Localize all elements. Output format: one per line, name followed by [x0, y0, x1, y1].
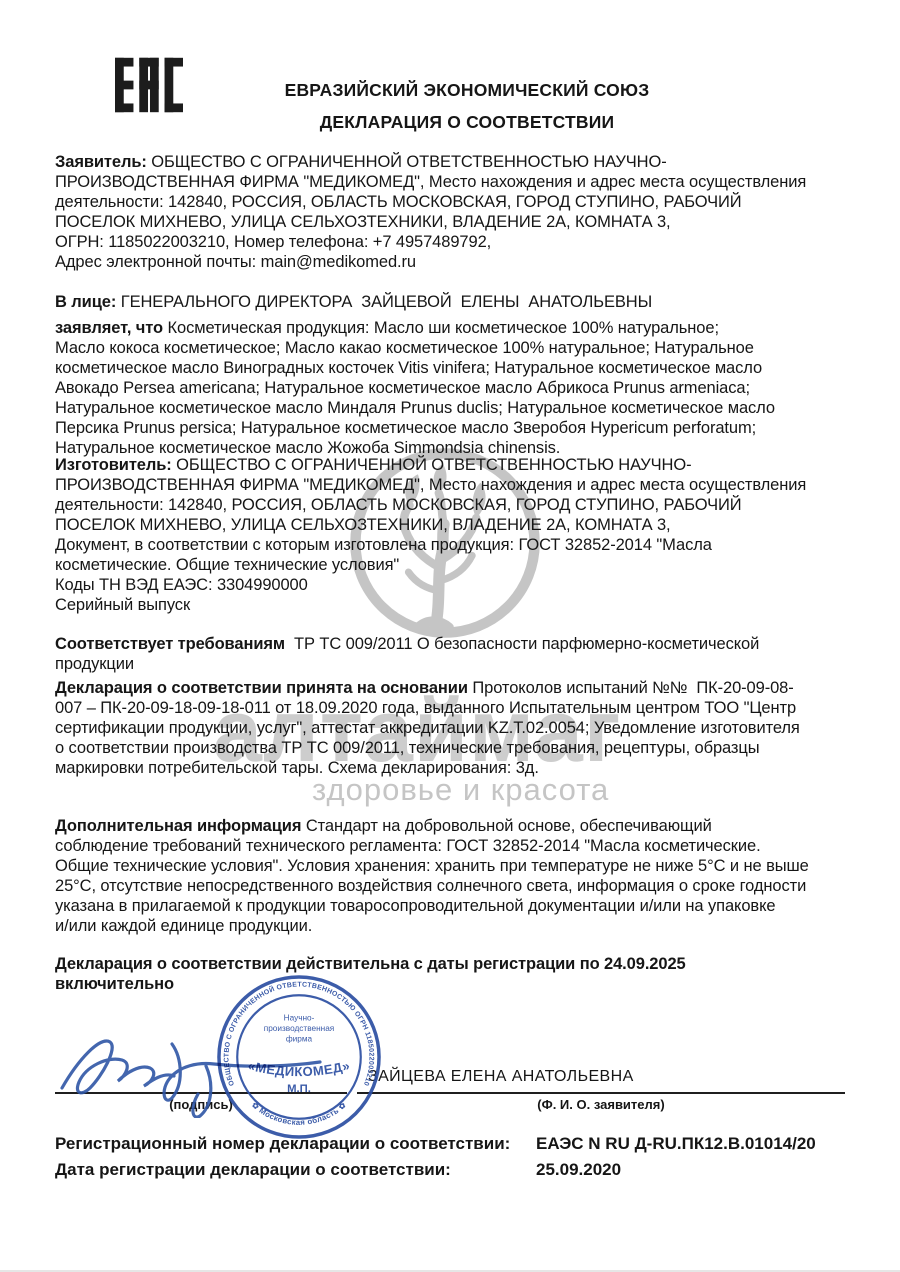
- registration-date-value: 25.09.2020: [536, 1160, 621, 1180]
- union-title: ЕВРАЗИЙСКИЙ ЭКОНОМИЧЕСКИЙ СОЮЗ: [34, 80, 900, 101]
- validity-statement: Декларация о соответствии действительна …: [55, 954, 870, 994]
- registration-date-label: Дата регистрации декларации о соответств…: [55, 1160, 451, 1179]
- declares-paragraph: заявляет, что Косметическая продукция: М…: [55, 318, 870, 458]
- additional-info-label: Дополнительная информация: [55, 817, 301, 835]
- manufacturer-text: ОБЩЕСТВО С ОГРАНИЧЕННОЙ ОТВЕТСТВЕННОСТЬЮ…: [55, 456, 806, 614]
- document-text-layer: ЕВРАЗИЙСКИЙ ЭКОНОМИЧЕСКИЙ СОЮЗ ДЕКЛАРАЦИ…: [0, 0, 900, 1272]
- registration-number-label: Регистрационный номер декларации о соотв…: [55, 1134, 510, 1153]
- basis-label: Декларация о соответствии принята на осн…: [55, 679, 468, 697]
- applicant-text: ОБЩЕСТВО С ОГРАНИЧЕННОЙ ОТВЕТСТВЕННОСТЬЮ…: [55, 153, 806, 271]
- signature-caption: (подпись): [55, 1097, 347, 1112]
- represented-by-text: ГЕНЕРАЛЬНОГО ДИРЕКТОРА ЗАЙЦЕВОЙ ЕЛЕНЫ АН…: [116, 293, 652, 311]
- manufacturer-paragraph: Изготовитель: ОБЩЕСТВО С ОГРАНИЧЕННОЙ ОТ…: [55, 455, 870, 615]
- manufacturer-label: Изготовитель:: [55, 456, 172, 474]
- represented-by-paragraph: В лице: ГЕНЕРАЛЬНОГО ДИРЕКТОРА ЗАЙЦЕВОЙ …: [55, 292, 870, 312]
- registration-number-value: ЕАЭС N RU Д-RU.ПК12.В.01014/20: [536, 1134, 816, 1154]
- declaration-title: ДЕКЛАРАЦИЯ О СООТВЕТСТВИИ: [34, 112, 900, 133]
- name-line: [357, 1092, 845, 1094]
- applicant-name: ЗАЙЦЕВА ЕЛЕНА АНАТОЛЬЕВНА: [368, 1068, 634, 1086]
- document-page: алтаймаг здоровье и красота ЕВРАЗИЙСКИЙ …: [0, 0, 900, 1272]
- complies-label: Соответствует требованиям: [55, 635, 285, 653]
- registration-number-row: Регистрационный номер декларации о соотв…: [55, 1134, 870, 1154]
- name-caption: (Ф. И. О. заявителя): [357, 1097, 845, 1112]
- registration-date-row: Дата регистрации декларации о соответств…: [55, 1160, 870, 1180]
- applicant-paragraph: Заявитель: ОБЩЕСТВО С ОГРАНИЧЕННОЙ ОТВЕТ…: [55, 152, 870, 272]
- basis-paragraph: Декларация о соответствии принята на осн…: [55, 678, 870, 778]
- applicant-label: Заявитель:: [55, 153, 147, 171]
- declares-label: заявляет, что: [55, 319, 163, 337]
- declares-text: Косметическая продукция: Масло ши космет…: [55, 319, 775, 457]
- complies-paragraph: Соответствует требованиям ТР ТС 009/2011…: [55, 634, 870, 674]
- additional-info-paragraph: Дополнительная информация Стандарт на до…: [55, 816, 870, 936]
- represented-by-label: В лице:: [55, 293, 116, 311]
- signature-line: [55, 1092, 347, 1094]
